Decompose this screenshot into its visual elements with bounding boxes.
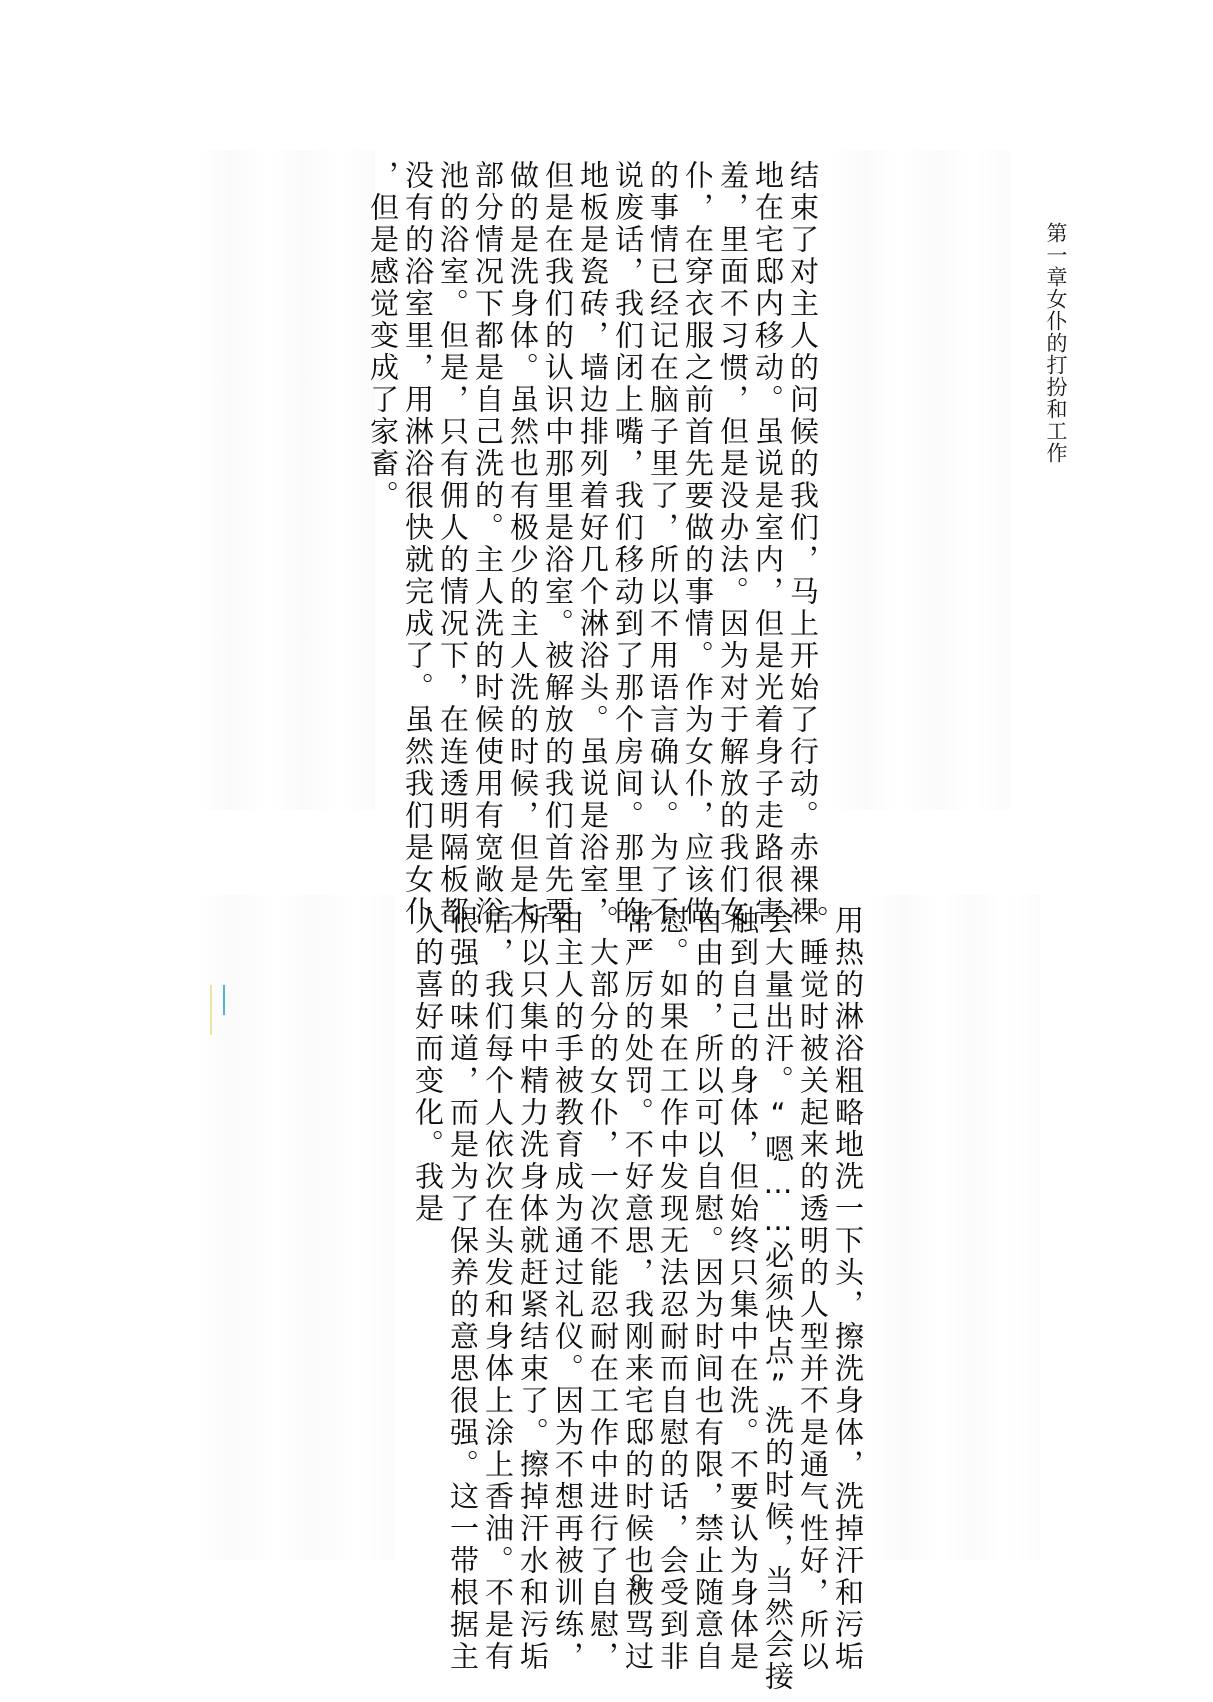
text-column: 羞，里面不习惯，但是没办法。因为对于解放的我们女 [715,160,750,840]
text-column: ，但是感觉变成了家畜。 [365,160,400,840]
text-column: 自由的，所以可以自慰。因为时间也有限，禁止随意自 [690,905,725,1585]
bottom-text-block: 用热的淋浴粗略地洗一下头，擦洗身体，洗掉汗和污垢 。睡觉时被关起来的透明的人型并… [405,905,865,1585]
page-number: 8 [630,1572,644,1597]
text-column: 部分情况下都是自己洗的。主人洗的时候使用有宽敞浴 [470,160,505,840]
text-column: 。睡觉时被关起来的透明的人型并不是通气性好，所以 [795,905,830,1585]
text-column: 所以只集中精力洗身体就赶紧结束了。擦掉汗水和污垢 [515,905,550,1585]
text-column: 后，我们每个人依次在头发和身体上涂上香油。不是有 [480,905,515,1585]
scan-ghost-bottom-left [195,895,395,1560]
text-column: 做的是洗身体。虽然也有极少的主人洗的时候，但是大 [505,160,540,840]
text-column: 触到自己的身体，但始终只集中在洗。不要认为身体是 [725,905,760,1585]
text-column: 地在宅邸内移动。虽说是室内，但是光着身子走路很害 [750,160,785,840]
text-column: 但是在我们的认识中那里是浴室。被解放的我们首先要 [540,160,575,840]
text-column: 结束了对主人的问候的我们，马上开始了行动。赤裸裸 [785,160,820,840]
scan-ghost-top-left [195,150,375,810]
text-column: 很强的味道，而是为了保养的意思很强。这一带根据主 [445,905,480,1585]
scan-artifact-mark [223,985,225,1015]
text-column: 会大量出汗。“嗯……必须快点”洗的时候，当然会接 [760,905,795,1585]
text-column: 仆，在穿衣服之前首先要做的事情。作为女仆，应该做 [680,160,715,840]
top-text-block: 结束了对主人的问候的我们，马上开始了行动。赤裸裸 地在宅邸内移动。虽说是室内，但… [380,160,820,840]
text-column: 说废话，我们闭上嘴，我们移动到了那个房间。那里的 [610,160,645,840]
scan-artifact-mark-2 [210,985,212,1035]
text-column: 。大部分的女仆，一次不能忍耐在工作中进行了自慰， [585,905,620,1585]
scan-ghost-bottom-right [870,895,1040,1560]
text-column: 用热的淋浴粗略地洗一下头，擦洗身体，洗掉汗和污垢 [830,905,865,1585]
text-column: 人的喜好而变化。我是 [410,905,445,1585]
text-column: 池的浴室。但是，只有佣人的情况下，在连透明隔板都 [435,160,470,840]
text-column: 地板是瓷砖，墙边排列着好几个淋浴头。虽说是浴室， [575,160,610,840]
text-column: 没有的浴室里，用淋浴很快就完成了。虽然我们是女仆 [400,160,435,840]
chapter-header: 第一章女仆的打扮和工作 [1044,222,1068,464]
scan-ghost-top-right [830,150,1010,810]
text-column: 慰。如果在工作中发现无法忍耐而自慰的话，会受到非 [655,905,690,1585]
text-column: 的事情已经记在脑子里了，所以不用语言确认。为了不 [645,160,680,840]
text-column: 常严厉的处罚。不好意思，我刚来宅邸的时候也被骂过 [620,905,655,1585]
text-column: 由主人的手被教育成为通过礼仪。因为不想再被训练， [550,905,585,1585]
